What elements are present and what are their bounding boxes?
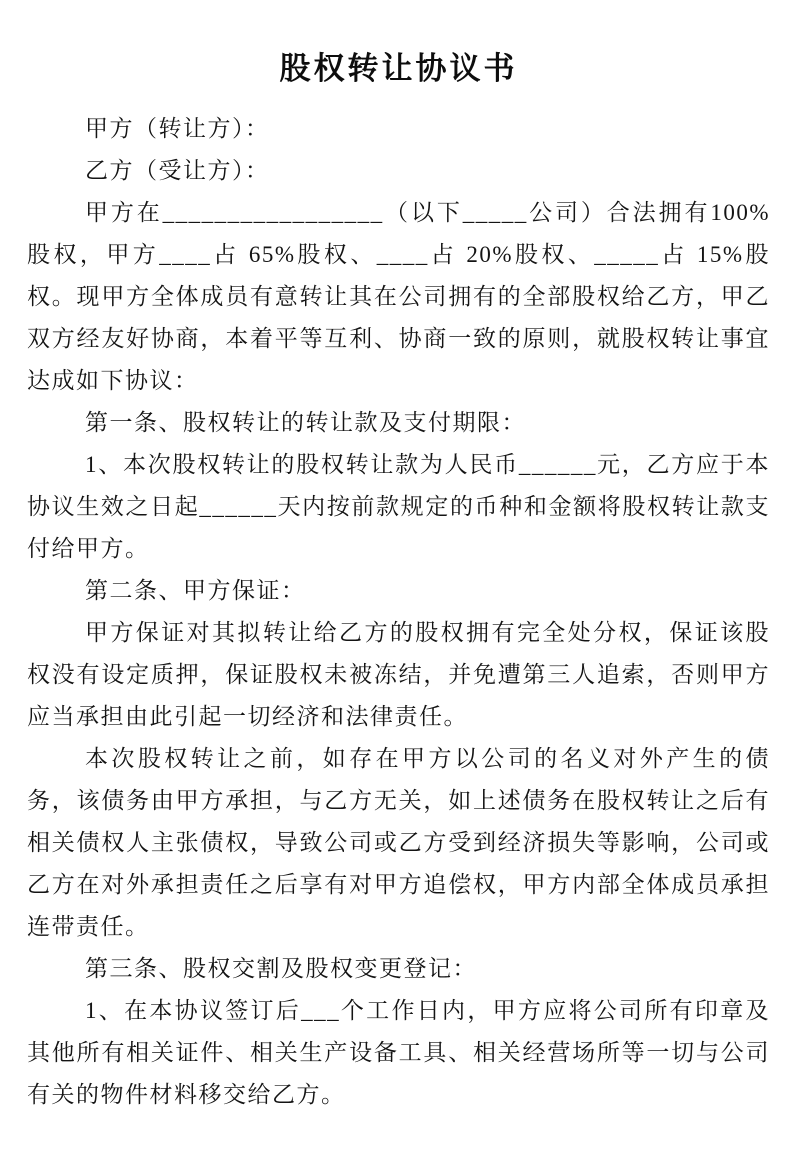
article-2-heading: 第二条、甲方保证： — [27, 570, 770, 612]
article-1-clause-1: 1、本次股权转让的股权转让款为人民币______元，乙方应于本协议生效之日起__… — [27, 444, 770, 570]
document-title: 股权转让协议书 — [27, 46, 770, 92]
party-a-line: 甲方（转让方）： — [27, 108, 770, 150]
party-b-line: 乙方（受让方）： — [27, 150, 770, 192]
article-1-heading: 第一条、股权转让的转让款及支付期限： — [27, 402, 770, 444]
article-3-clause-1: 1、在本协议签订后___个工作日内，甲方应将公司所有印章及其他所有相关证件、相关… — [27, 990, 770, 1116]
document-body: 甲方（转让方）： 乙方（受让方）： 甲方在_________________（以… — [27, 108, 770, 1116]
contract-document-page: 股权转让协议书 甲方（转让方）： 乙方（受让方）： 甲方在___________… — [0, 0, 800, 1156]
article-2-clause-1: 甲方保证对其拟转让给乙方的股权拥有完全处分权，保证该股权没有设定质押，保证股权未… — [27, 612, 770, 738]
preamble-paragraph: 甲方在_________________（以下_____公司）合法拥有100%股… — [27, 192, 770, 402]
article-2-clause-2: 本次股权转让之前，如存在甲方以公司的名义对外产生的债务，该债务由甲方承担，与乙方… — [27, 738, 770, 948]
article-3-heading: 第三条、股权交割及股权变更登记： — [27, 948, 770, 990]
